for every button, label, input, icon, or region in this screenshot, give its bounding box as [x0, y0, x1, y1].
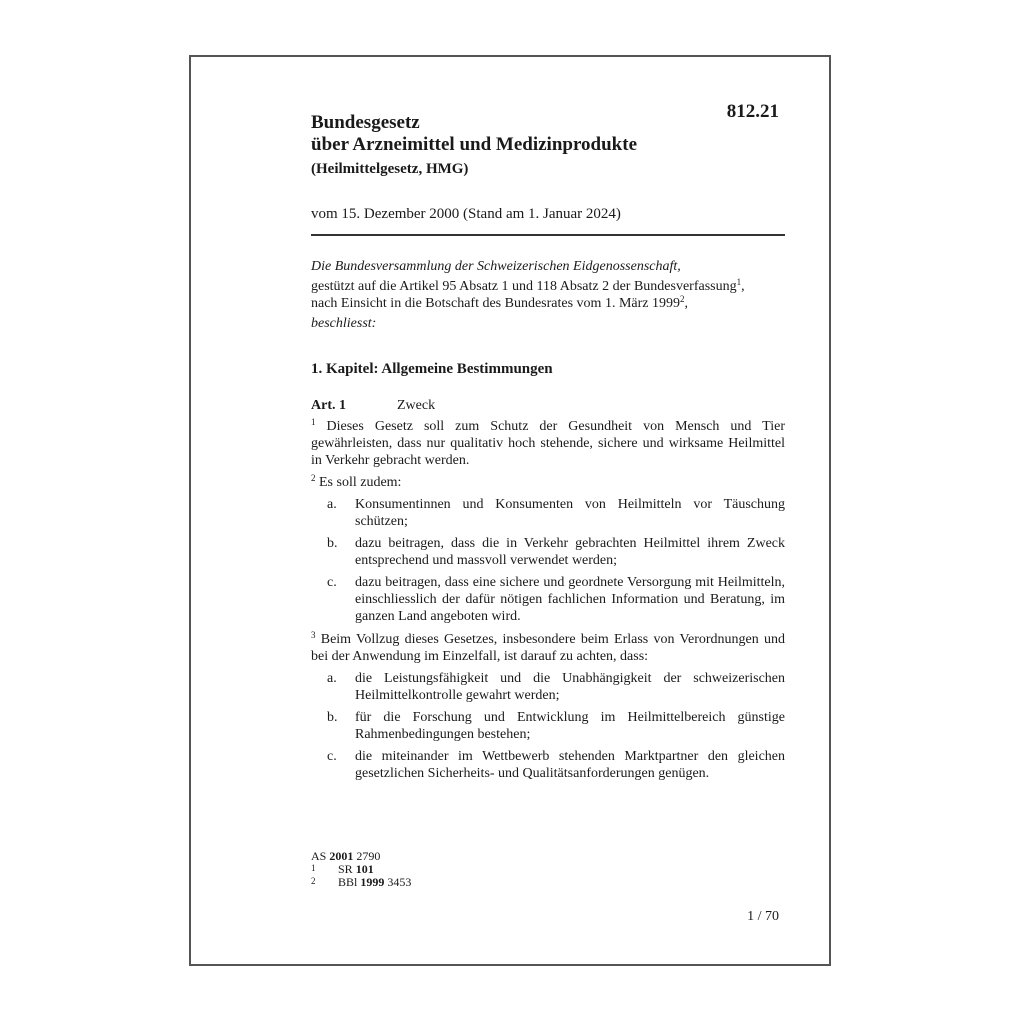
list-marker: b.: [311, 535, 355, 569]
footnote-list: 1SR 101 2BBl 1999 3453: [311, 863, 785, 889]
list-item-text: für die Forschung und Entwicklung im Hei…: [355, 709, 785, 743]
article-paragraph: 1 Dieses Gesetz soll zum Schutz der Gesu…: [311, 418, 785, 469]
title-block: Bundesgesetz über Arzneimittel und Mediz…: [311, 112, 785, 178]
list-item: c.dazu beitragen, dass eine sichere und …: [311, 574, 785, 625]
footnote-bold: 101: [356, 862, 374, 876]
article-heading: Art. 1 Zweck: [311, 397, 785, 414]
article-1: Art. 1 Zweck 1 Dieses Gesetz soll zum Sc…: [311, 397, 785, 788]
footnote-mark: 2: [311, 876, 338, 889]
official-compilation-ref: AS 2001 2790: [311, 850, 785, 863]
paragraph-list: a.Konsumentinnen und Konsumenten von Hei…: [311, 496, 785, 625]
paragraph-number: 2: [311, 473, 316, 483]
article-paragraph: 3 Beim Vollzug dieses Gesetzes, insbeson…: [311, 631, 785, 665]
paragraph-text: Es soll zudem:: [319, 475, 401, 490]
list-marker: c.: [311, 574, 355, 625]
article-title: Zweck: [397, 397, 435, 414]
preamble-message: nach Einsicht in die Botschaft des Bunde…: [311, 295, 785, 312]
list-item-text: die miteinander im Wettbewerb stehenden …: [355, 748, 785, 782]
date-line: vom 15. Dezember 2000 (Stand am 1. Janua…: [311, 205, 785, 223]
footnote-bold: 1999: [360, 875, 384, 889]
preamble-message-punct: ,: [684, 296, 688, 311]
paragraph-list: a.die Leistungsfähigkeit und die Unabhän…: [311, 670, 785, 782]
footnote-prefix: SR: [338, 862, 353, 876]
list-item: c.die miteinander im Wettbewerb stehende…: [311, 748, 785, 782]
list-item: a.die Leistungsfähigkeit und die Unabhän…: [311, 670, 785, 704]
preamble-basis-punct: ,: [741, 279, 745, 294]
list-marker: c.: [311, 748, 355, 782]
footnotes: AS 2001 2790 1SR 101 2BBl 1999 3453: [311, 850, 785, 889]
article-paragraph: 2 Es soll zudem:: [311, 474, 785, 491]
article-number: Art. 1: [311, 397, 397, 414]
as-page: 2790: [356, 849, 380, 863]
title-line-1: Bundesgesetz: [311, 112, 785, 134]
preamble-basis-text: gestützt auf die Artikel 95 Absatz 1 und…: [311, 279, 737, 294]
footnote-mark: 1: [311, 863, 338, 876]
footnote-text: BBl 1999 3453: [338, 876, 411, 889]
title-line-2: über Arzneimittel und Medizinprodukte: [311, 134, 785, 156]
list-marker: b.: [311, 709, 355, 743]
list-marker: a.: [311, 496, 355, 530]
list-item-text: die Leistungsfähigkeit und die Unabhängi…: [355, 670, 785, 704]
document-page: 812.21 Bundesgesetz über Arzneimittel un…: [189, 55, 831, 966]
list-item-text: dazu beitragen, dass die in Verkehr gebr…: [355, 535, 785, 569]
list-item: a.Konsumentinnen und Konsumenten von Hei…: [311, 496, 785, 530]
list-item: b.für die Forschung und Entwicklung im H…: [311, 709, 785, 743]
preamble-enacting-body: Die Bundesversammlung der Schweizerische…: [311, 258, 785, 275]
paragraph-number: 1: [311, 417, 316, 427]
title-divider: [311, 234, 785, 236]
as-prefix: AS: [311, 849, 326, 863]
footnote-prefix: BBl: [338, 875, 357, 889]
preamble-basis: gestützt auf die Artikel 95 Absatz 1 und…: [311, 278, 785, 295]
paragraph-number: 3: [311, 630, 316, 640]
preamble-message-text: nach Einsicht in die Botschaft des Bunde…: [311, 296, 680, 311]
article-paragraphs: 1 Dieses Gesetz soll zum Schutz der Gesu…: [311, 418, 785, 782]
page-number: 1 / 70: [747, 909, 779, 925]
paragraph-text: Beim Vollzug dieses Gesetzes, insbesonde…: [311, 632, 785, 664]
preamble-resolves: beschliesst:: [311, 315, 785, 332]
list-item-text: Konsumentinnen und Konsumenten von Heilm…: [355, 496, 785, 530]
list-item: b.dazu beitragen, dass die in Verkehr ge…: [311, 535, 785, 569]
list-marker: a.: [311, 670, 355, 704]
footnote-suffix: 3453: [387, 875, 411, 889]
preamble: Die Bundesversammlung der Schweizerische…: [311, 258, 785, 332]
short-title: (Heilmittelgesetz, HMG): [311, 160, 785, 178]
as-year: 2001: [329, 849, 353, 863]
paragraph-text: Dieses Gesetz soll zum Schutz der Gesund…: [311, 419, 785, 468]
footnote: 2BBl 1999 3453: [311, 876, 785, 889]
chapter-heading: 1. Kapitel: Allgemeine Bestimmungen: [311, 360, 785, 378]
list-item-text: dazu beitragen, dass eine sichere und ge…: [355, 574, 785, 625]
